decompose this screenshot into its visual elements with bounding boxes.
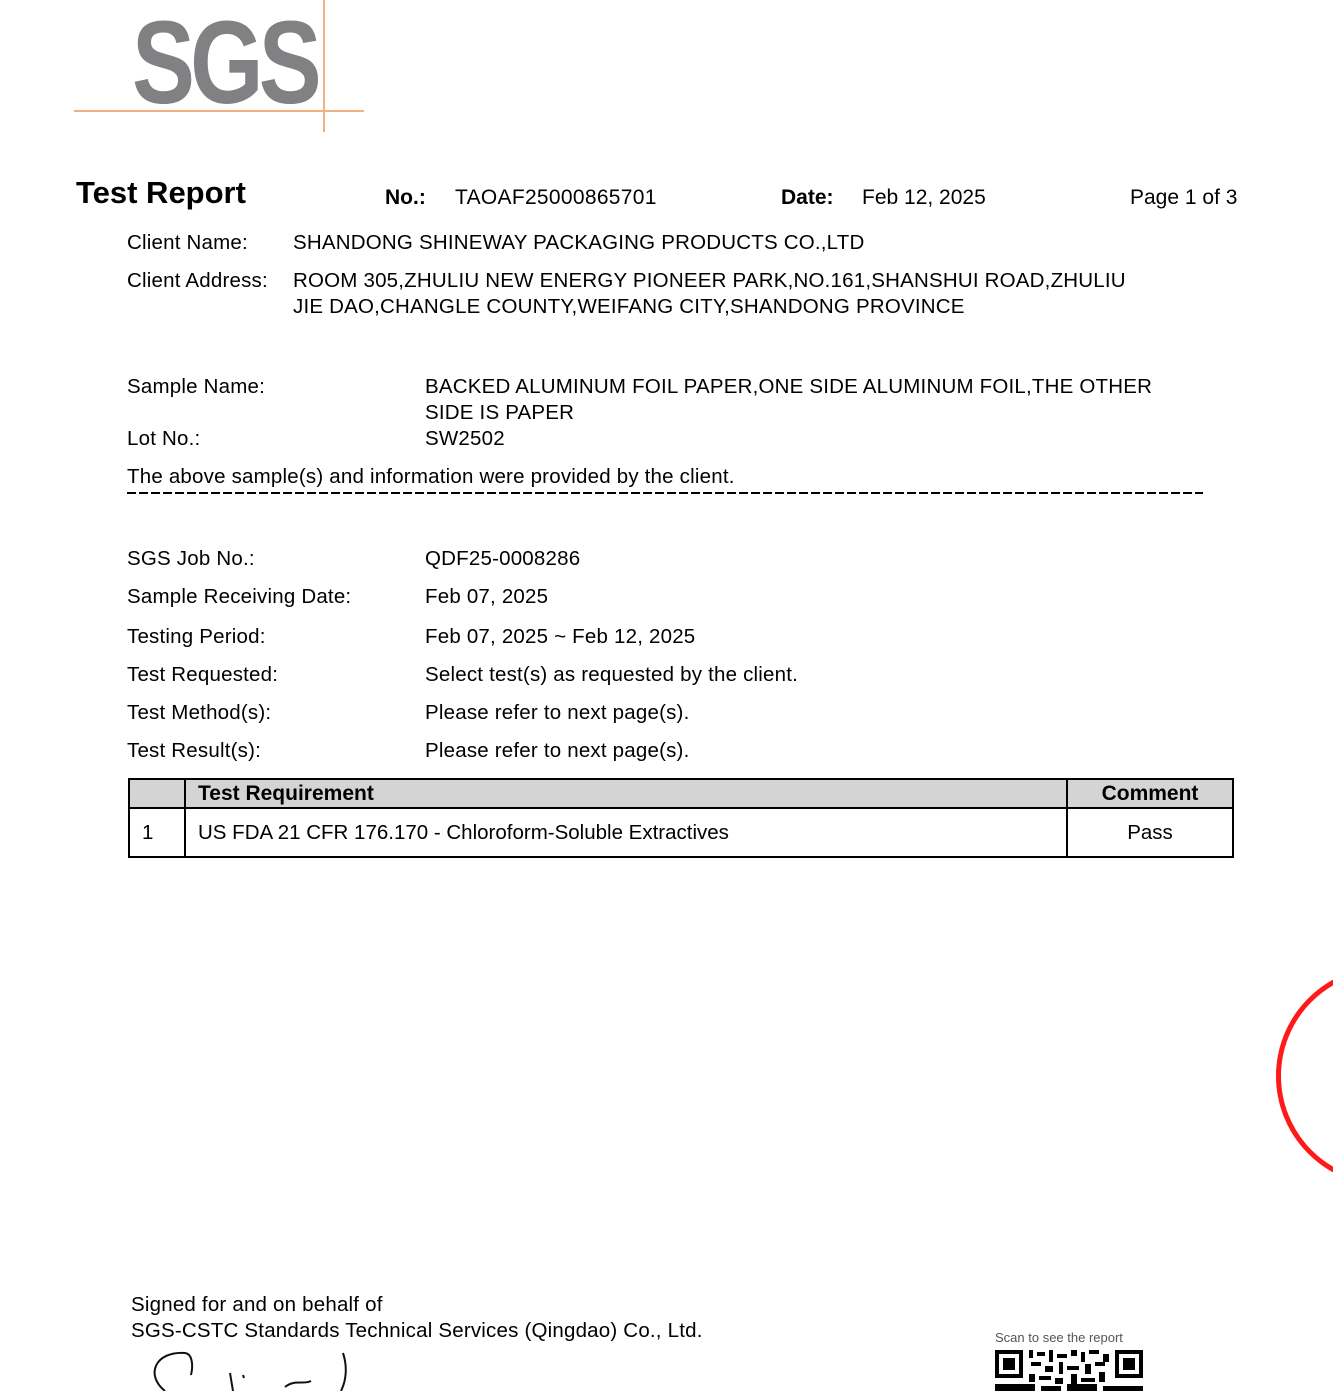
logo-horizontal-line xyxy=(74,110,364,112)
job-field-value: Select test(s) as requested by the clien… xyxy=(425,663,798,687)
test-requirements-table: Test Requirement Comment 1 US FDA 21 CFR… xyxy=(128,778,1234,858)
row-comment: Pass xyxy=(1067,808,1233,857)
header-index xyxy=(129,779,185,808)
client-address-label: Client Address: xyxy=(127,269,268,293)
sample-name-line1: BACKED ALUMINUM FOIL PAPER,ONE SIDE ALUM… xyxy=(425,375,1152,399)
header-test-requirement: Test Requirement xyxy=(185,779,1067,808)
report-date-value: Feb 12, 2025 xyxy=(862,186,986,210)
job-field-value: Feb 07, 2025 xyxy=(425,585,548,609)
client-address-line2: JIE DAO,CHANGLE COUNTY,WEIFANG CITY,SHAN… xyxy=(293,295,965,319)
signed-line2: SGS-CSTC Standards Technical Services (Q… xyxy=(131,1319,703,1343)
client-name-label: Client Name: xyxy=(127,231,248,255)
table-row: 1 US FDA 21 CFR 176.170 - Chloroform-Sol… xyxy=(129,808,1233,857)
sample-name-line2: SIDE IS PAPER xyxy=(425,401,574,425)
job-field-label: Testing Period: xyxy=(127,625,266,649)
lot-no-label: Lot No.: xyxy=(127,427,200,451)
sample-name-label: Sample Name: xyxy=(127,375,265,399)
row-requirement: US FDA 21 CFR 176.170 - Chloroform-Solub… xyxy=(185,808,1067,857)
job-field-label: Test Result(s): xyxy=(127,739,261,763)
job-field-value: Please refer to next page(s). xyxy=(425,701,689,725)
logo-vertical-line xyxy=(323,0,325,132)
report-no-value: TAOAF25000865701 xyxy=(455,186,657,210)
client-name-value: SHANDONG SHINEWAY PACKAGING PRODUCTS CO.… xyxy=(293,231,864,255)
job-field-value: Feb 07, 2025 ~ Feb 12, 2025 xyxy=(425,625,695,649)
report-date-label: Date: xyxy=(781,186,834,210)
job-field-label: Sample Receiving Date: xyxy=(127,585,351,609)
job-field-label: Test Requested: xyxy=(127,663,278,687)
page-indicator: Page 1 of 3 xyxy=(1130,186,1237,210)
table-header-row: Test Requirement Comment xyxy=(129,779,1233,808)
report-no-label: No.: xyxy=(385,186,426,210)
report-title: Test Report xyxy=(76,175,246,211)
row-index: 1 xyxy=(129,808,185,857)
sgs-logo: SGS xyxy=(74,0,364,132)
dashed-divider xyxy=(127,492,1203,494)
official-seal-stamp xyxy=(1276,966,1333,1186)
lot-no-value: SW2502 xyxy=(425,427,505,451)
job-field-label: Test Method(s): xyxy=(127,701,271,725)
job-field-value: Please refer to next page(s). xyxy=(425,739,689,763)
job-field-value: QDF25-0008286 xyxy=(425,547,580,571)
provided-note: The above sample(s) and information were… xyxy=(127,465,735,489)
signed-line1: Signed for and on behalf of xyxy=(131,1293,383,1317)
qr-code-icon[interactable] xyxy=(995,1348,1145,1391)
signature-icon xyxy=(135,1345,365,1391)
seal-characters xyxy=(1291,981,1333,1171)
header-comment: Comment xyxy=(1067,779,1233,808)
client-address-line1: ROOM 305,ZHULIU NEW ENERGY PIONEER PARK,… xyxy=(293,269,1126,293)
sgs-logo-text: SGS xyxy=(132,4,317,122)
job-field-label: SGS Job No.: xyxy=(127,547,255,571)
qr-caption: Scan to see the report xyxy=(995,1330,1123,1345)
